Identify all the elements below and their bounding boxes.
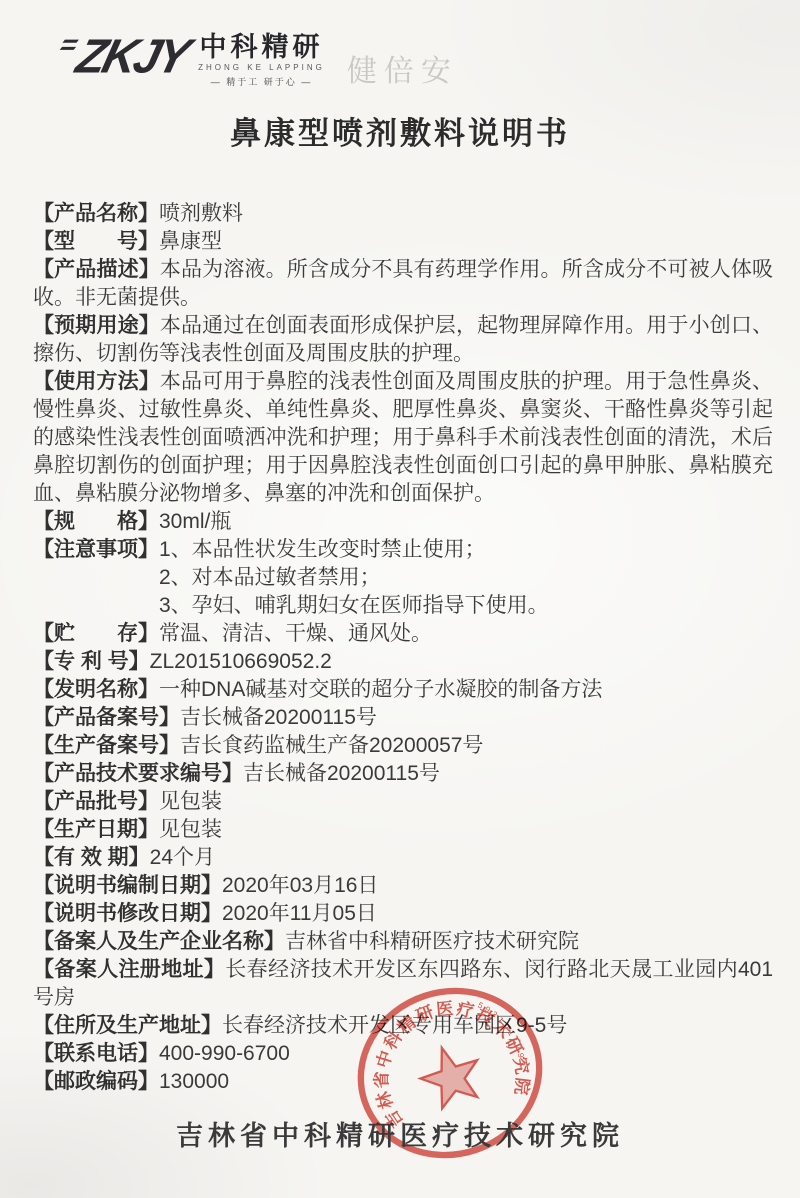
spec-line-text: 长春经济技术开发区专用车园区9-5号 [222,1014,567,1037]
spec-line: 【有 效 期】24个月 [33,844,773,872]
brand-name-cn: 中科精研 [198,32,325,62]
spec-line-text: 2、对本品过敏者禁用； [159,566,381,589]
spec-line-label: 【注意事项】 [33,538,159,561]
spec-line-label: 【联系电话】 [33,1042,159,1065]
spec-line-text: 一种DNA碱基对交联的超分子水凝胶的制备方法 [159,678,602,701]
spec-line-text: 吉长食药监械生产备20200057号 [180,734,483,757]
spec-line-label: 【产品技术要求编号】 [33,762,243,785]
spec-line-label: 【有 效 期】 [33,846,150,869]
spec-line-label: 【型 号】 [33,230,159,253]
spec-line: 【贮 存】常温、清洁、干燥、通风处。 [33,620,773,648]
brand-tagline: — 精于工 研于心 — [198,75,325,88]
logo-mark-icon: ZKJY [55,29,192,82]
spec-line: 【说明书编制日期】2020年03月16日 [33,872,773,900]
spec-line-label: 【说明书修改日期】 [33,902,222,925]
spec-line: 【预期用途】本品通过在创面表面形成保护层，起物理屏障作用。用于小创口、擦伤、切割… [33,312,773,368]
spec-line-text: 吉林省中科精研医疗技术研究院 [285,930,579,953]
spec-line: 【生产日期】见包装 [33,816,773,844]
spec-line: 【住所及生产地址】长春经济技术开发区专用车园区9-5号 [33,1012,773,1040]
spec-line-text: 鼻康型 [159,230,222,253]
spec-line-label: 【产品名称】 [33,202,159,225]
spec-line: 【产品备案号】吉长械备20200115号 [33,704,773,732]
brand-name-en: ZHONG KE LAPPING [198,63,325,72]
spec-line-text: 喷剂敷料 [159,202,243,225]
spec-line-text: 吉长械备20200115号 [243,762,440,785]
spec-line-text: 常温、清洁、干燥、通风处。 [159,622,432,645]
spec-line-label: 【产品批号】 [33,790,159,813]
spec-line: 【专 利 号】ZL201510669052.2 [33,648,773,676]
spec-line: 【生产备案号】吉长食药监械生产备20200057号 [33,732,773,760]
spec-line-text: 3、孕妇、哺乳期妇女在医师指导下使用。 [159,594,549,617]
spec-line-text: 24个月 [150,846,215,869]
page-title: 鼻康型喷剂敷料说明书 [0,108,800,153]
spec-line-text: 吉长械备20200115号 [180,706,377,729]
spec-line: 2、对本品过敏者禁用； [33,564,773,592]
spec-line-label: 【专 利 号】 [33,650,150,673]
spec-line-label: 【生产备案号】 [33,734,180,757]
spec-line: 【注意事项】1、本品性状发生改变时禁止使用； [33,536,773,564]
spec-line-text: 见包装 [159,818,222,841]
spec-line-label: 【贮 存】 [33,622,159,645]
spec-line-text: 30ml/瓶 [159,510,231,533]
spec-line: 【产品描述】本品为溶液。所含成分不具有药理学作用。所含成分不可被人体吸收。非无菌… [33,256,773,312]
spec-line-label: 【住所及生产地址】 [33,1014,222,1037]
spec-line: 【产品技术要求编号】吉长械备20200115号 [33,760,773,788]
spec-line-label: 【生产日期】 [33,818,159,841]
spec-line: 【使用方法】本品可用于鼻腔的浅表性创面及周围皮肤的护理。用于急性鼻炎、慢性鼻炎、… [33,368,773,508]
spec-line-text: 400-990-6700 [159,1042,290,1065]
spec-line-text: ZL201510669052.2 [150,650,332,673]
spec-line-label: 【预期用途】 [33,314,160,337]
spec-line-text: 1、本品性状发生改变时禁止使用； [159,538,486,561]
spec-line-label: 【邮政编码】 [33,1070,159,1093]
instruction-leaflet-page: { "doc": { "header": { "logo_mark": "ZKJ… [0,0,800,1198]
spec-line: 【产品批号】见包装 [33,788,773,816]
spec-line-label: 【使用方法】 [33,370,160,393]
spec-line: 【备案人注册地址】长春经济技术开发区东四路东、闵行路北天晟工业园内401号房 [33,956,773,1012]
spec-line-text: 2020年11月05日 [222,902,377,925]
spec-line-label: 【发明名称】 [33,678,159,701]
spec-line: 【型 号】鼻康型 [33,228,773,256]
issuer-name-footer: 吉林省中科精研医疗技术研究院 [0,1114,800,1153]
spec-line: 【备案人及生产企业名称】吉林省中科精研医疗技术研究院 [33,928,773,956]
spec-line-label: 【产品备案号】 [33,706,180,729]
spec-line: 【邮政编码】130000 [33,1068,773,1096]
spec-line: 【规 格】30ml/瓶 [33,508,773,536]
spec-line-label: 【备案人注册地址】 [33,958,225,981]
logo-text-block: 中科精研 ZHONG KE LAPPING — 精于工 研于心 — [198,32,325,88]
spec-line: 3、孕妇、哺乳期妇女在医师指导下使用。 [33,592,773,620]
spec-line: 【产品名称】喷剂敷料 [33,200,773,228]
brand-watermark: 健倍安 [347,46,458,90]
spec-line-label: 【备案人及生产企业名称】 [33,930,285,953]
spec-line: 【发明名称】一种DNA碱基对交联的超分子水凝胶的制备方法 [33,676,773,704]
spec-line-text: 2020年03月16日 [222,874,378,897]
spec-lines: 【产品名称】喷剂敷料 【型 号】鼻康型 【产品描述】本品为溶液。所含成分不具有药… [33,200,773,1096]
spec-line: 【说明书修改日期】2020年11月05日 [33,900,773,928]
spec-line-label: 【说明书编制日期】 [33,874,222,897]
spec-line-label: 【产品描述】 [33,258,160,281]
spec-line-label: 【规 格】 [33,510,159,533]
spec-line: 【联系电话】400-990-6700 [33,1040,773,1068]
spec-line-text: 130000 [159,1070,229,1093]
spec-line-text: 见包装 [159,790,222,813]
company-logo: ZKJY 中科精研 ZHONG KE LAPPING — 精于工 研于心 — 健… [62,30,458,90]
